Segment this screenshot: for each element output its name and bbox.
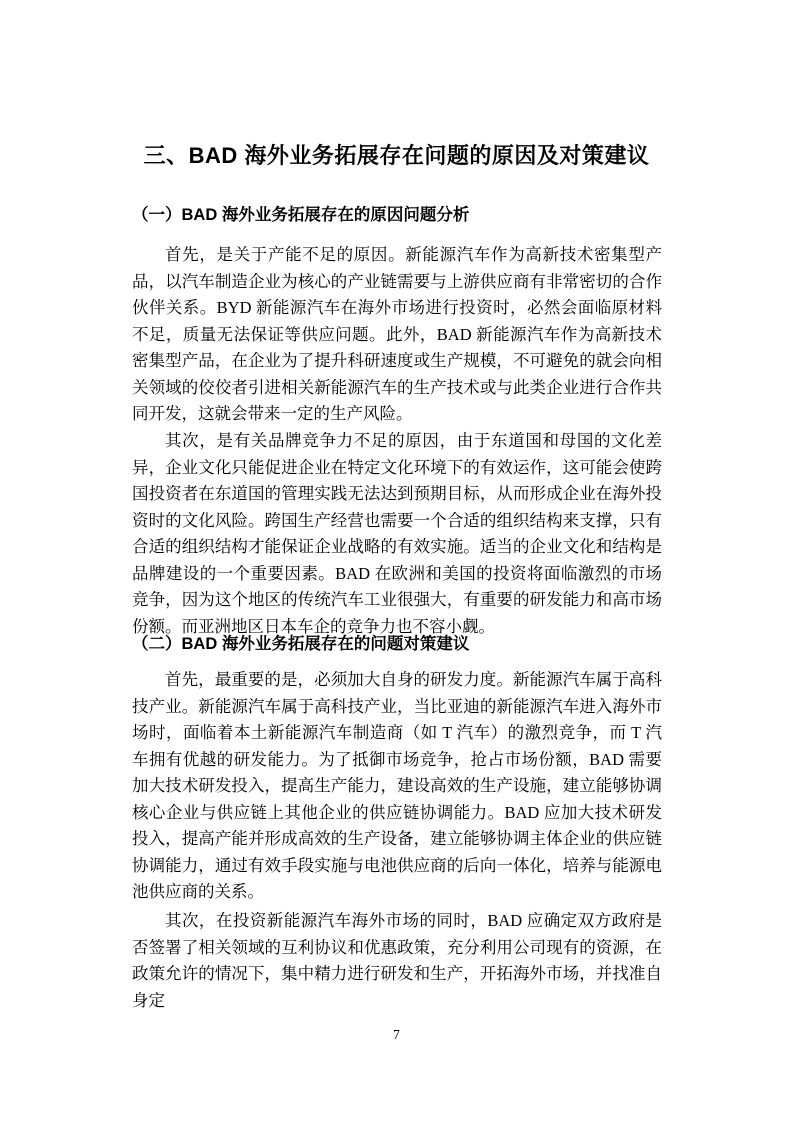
section-heading-reasons: （一）BAD 海外业务拓展存在的原因问题分析 xyxy=(132,204,662,226)
section-heading-suggestions: （二）BAD 海外业务拓展存在的问题对策建议 xyxy=(132,633,662,655)
paragraph-capacity-reason: 首先，是关于产能不足的原因。新能源汽车作为高新技术密集型产品，以汽车制造企业为核… xyxy=(132,242,662,428)
page-number: 7 xyxy=(0,1026,793,1044)
document-page: 三、BAD 海外业务拓展存在问题的原因及对策建议 （一）BAD 海外业务拓展存在… xyxy=(0,0,793,1122)
paragraph-rd-suggestion: 首先，最重要的是，必须加大自身的研发力度。新能源汽车属于高科技产业。新能源汽车属… xyxy=(132,667,662,906)
paragraph-brand-reason: 其次，是有关品牌竞争力不足的原因，由于东道国和母国的文化差异，企业文化只能促进企… xyxy=(132,428,662,640)
document-title: 三、BAD 海外业务拓展存在问题的原因及对策建议 xyxy=(0,141,793,171)
paragraph-policy-suggestion: 其次，在投资新能源汽车海外市场的同时，BAD 应确定双方政府是否签署了相关领域的… xyxy=(132,908,662,1014)
